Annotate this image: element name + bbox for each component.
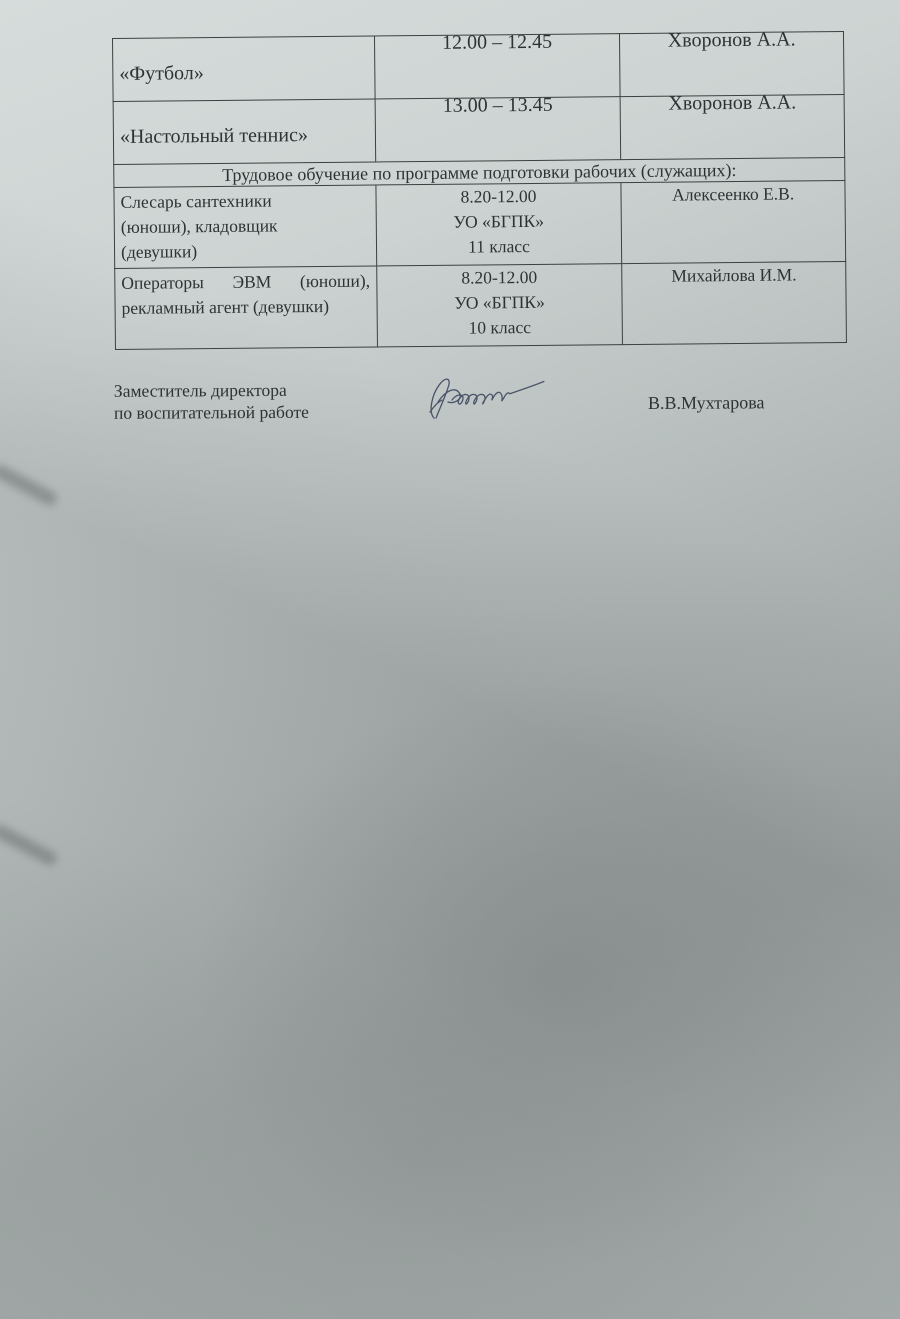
position-line: Заместитель директора <box>114 379 309 402</box>
training-time-cell: 8.20-12.00 УО «БГПК» 11 класс <box>376 183 622 266</box>
profession-line: рекламный агент (девушки) <box>121 294 370 321</box>
training-teacher-cell: Алексеенко Е.В. <box>621 180 845 263</box>
training-place: УО «БГПК» <box>377 289 622 316</box>
binder-hole-shadow <box>0 822 59 867</box>
profession-cell: Операторы ЭВМ (юноши), рекламный агент (… <box>115 266 377 350</box>
schedule-table: «Футбол» 12.00 – 12.45 Хворонов А.А. «На… <box>112 31 847 350</box>
profession-cell: Слесарь сантехники (юноши), кладовщик (д… <box>114 185 376 269</box>
training-time-cell: 8.20-12.00 УО «БГПК» 10 класс <box>376 264 622 347</box>
profession-line: (юноши), кладовщик <box>121 213 370 240</box>
position-line: по воспитательной работе <box>114 401 309 424</box>
profession-line: Слесарь сантехники <box>120 188 369 215</box>
table-row: «Футбол» 12.00 – 12.45 Хворонов А.А. <box>113 31 845 101</box>
training-teacher: Михайлова И.М. <box>671 264 796 285</box>
activity-name: «Настольный теннис» <box>120 124 308 148</box>
handwritten-signature-icon <box>426 372 546 425</box>
training-time: 8.20-12.00 <box>377 264 622 291</box>
training-grade: 11 класс <box>377 233 622 260</box>
activity-time: 13.00 – 13.45 <box>443 94 553 117</box>
table-row: «Настольный теннис» 13.00 – 13.45 Хворон… <box>113 94 845 164</box>
signature-block: Заместитель директора по воспитательной … <box>114 376 794 440</box>
activity-name-cell: «Настольный теннис» <box>113 99 375 165</box>
training-time: 8.20-12.00 <box>376 183 621 210</box>
profession-line: Операторы ЭВМ (юноши), <box>121 269 370 296</box>
activity-time-cell: 13.00 – 13.45 <box>375 97 621 162</box>
activity-time-cell: 12.00 – 12.45 <box>374 34 620 99</box>
signatory-position: Заместитель директора по воспитательной … <box>114 379 309 424</box>
binder-hole-shadow <box>0 462 59 507</box>
activity-name: «Футбол» <box>119 62 204 85</box>
training-teacher: Алексеенко Е.В. <box>672 183 794 204</box>
activity-name-cell: «Футбол» <box>113 36 375 102</box>
signatory-name: В.В.Мухтарова <box>648 392 765 414</box>
activity-time: 12.00 – 12.45 <box>442 31 552 54</box>
activity-teacher: Хворонов А.А. <box>668 28 796 51</box>
table-row: Операторы ЭВМ (юноши), рекламный агент (… <box>115 261 847 349</box>
activity-teacher: Хворонов А.А. <box>668 91 796 114</box>
profession-line: (девушки) <box>121 238 370 265</box>
training-grade: 10 класс <box>377 314 622 341</box>
training-teacher-cell: Михайлова И.М. <box>622 261 846 344</box>
activity-teacher-cell: Хворонов А.А. <box>620 31 844 96</box>
activity-teacher-cell: Хворонов А.А. <box>620 94 844 159</box>
table-row: Слесарь сантехники (юноши), кладовщик (д… <box>114 180 846 268</box>
training-place: УО «БГПК» <box>376 208 621 235</box>
